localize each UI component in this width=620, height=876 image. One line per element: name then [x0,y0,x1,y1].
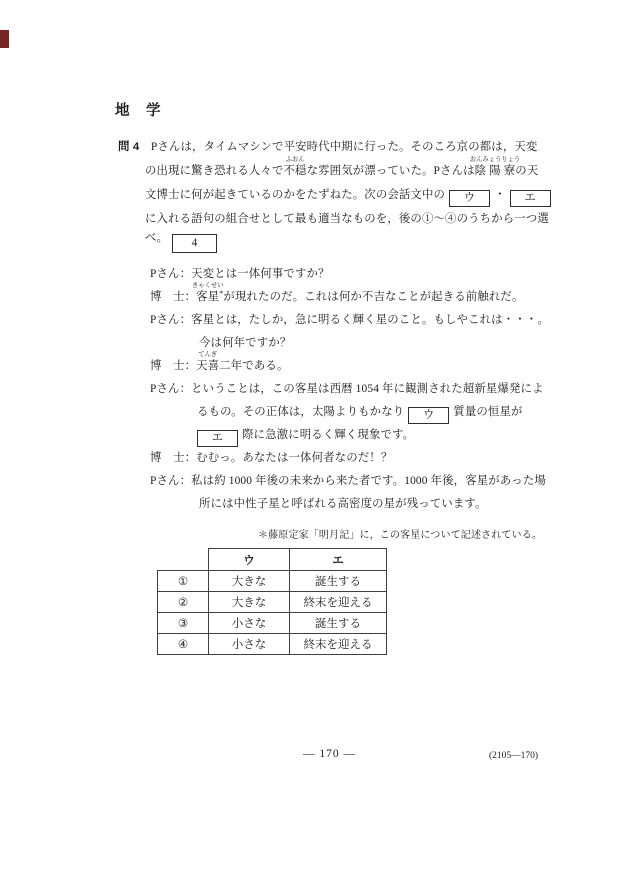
text-run: Pさんは，タイムマシンで平安時代中期に行った。そのころ京の都は，天変 [139,141,537,153]
text-run: 博 士：むむっ。あなたは一体何者なのだ！？ [150,452,392,464]
subject-title: 地 学 [115,99,162,120]
answer-box-ウ: ウ [408,407,449,424]
table-header-e: エ [290,549,387,571]
dialogue-line-7: るもの。その正体は，太陽よりもかなりウ質量の恒星が [197,404,523,424]
text-run: 際に急激に明るく輝く現象です。 [242,429,414,441]
text-run: Pさん：客星とは，たしか，急に明るく輝く星のこと。もしやこれは・・・。 [150,314,549,326]
table-header-row: ウ エ [158,549,387,571]
dialogue-line-11: 所には中性子星と呼ばれる高密度の星が残っています。 [199,496,487,512]
choice-number: ② [158,592,209,613]
choice-u-value: 大きな [209,592,290,613]
choice-u-value: 大きな [209,571,290,592]
question-stem-line-5: べ。4 [145,230,221,253]
text-run: 博 士： [150,360,196,372]
furigana: おんみょうりょう [470,157,520,164]
dialogue-line-9: 博 士：むむっ。あなたは一体何者なのだ！？ [150,450,392,466]
text-run: Pさん：ということは，この客星は西暦 1054 年に観測された超新星爆発によ [150,383,544,395]
furigana: てんぎ [198,352,217,359]
text-run: 今は何年ですか？ [199,337,291,349]
text-run: べ。 [145,232,168,244]
dialogue-line-3: Pさん：客星とは，たしか，急に明るく輝く星のこと。もしやこれは・・・。 [150,312,549,328]
table-row: ③ 小さな 誕生する [158,613,387,634]
footnote: ＊藤原定家「明月記」に，この客星について記述されている。 [258,528,542,544]
answer-choice-table: ウ エ ① 大きな 誕生する ② 大きな 終末を迎える ③ 小さな 誕生する ④… [157,548,387,655]
choice-u-value: 小さな [209,634,290,655]
text-run: ・ [494,189,506,201]
text-run: に入れる語句の組合せとして最も適当なものを，後の①～④のうちから一つ選 [145,213,549,225]
ruby-text: 不穏ふおん [284,163,307,179]
dialogue-line-5: 博 士：天喜てんぎ二年である。 [150,358,289,374]
ruby-text: 天喜てんぎ [196,358,219,374]
table-header-u: ウ [209,549,290,571]
table-row: ④ 小さな 終末を迎える [158,634,387,655]
dialogue-line-8: エ際に急激に明るく輝く現象です。 [193,427,414,447]
text-run: 博 士： [150,291,196,303]
answer-box-エ: エ [510,190,551,207]
table-row: ② 大きな 終末を迎える [158,592,387,613]
text-run: るもの。その正体は，太陽よりもかなり [197,406,404,418]
choice-number: ① [158,571,209,592]
ruby-text: 客星きゃくせい [196,289,219,305]
text-run: 所には中性子星と呼ばれる高密度の星が残っています。 [199,498,487,510]
choice-e-value: 誕生する [290,613,387,634]
scan-corner-mark [0,30,9,48]
answer-box-4: 4 [172,234,217,253]
choice-u-value: 小さな [209,613,290,634]
text-run: の出現に驚き恐れる人々で [145,165,284,177]
dialogue-line-10: Pさん：私は約 1000 年後の未来から来た者です。1000 年後，客星があった… [150,473,546,489]
furigana: きゃくせい [192,283,223,290]
choice-number: ③ [158,613,209,634]
choice-e-value: 終末を迎える [290,592,387,613]
text-run: の天 [515,165,538,177]
dialogue-line-4: 今は何年ですか？ [199,335,291,351]
text-run: が現れたのだ。これは何か不吉なことが起きる前触れだ。 [223,291,523,303]
dialogue-line-6: Pさん：ということは，この客星は西暦 1054 年に観測された超新星爆発によ [150,381,544,397]
page-number: — 170 — [303,748,356,760]
text-run: な雰囲気が漂っていた。Pさんは [307,165,475,177]
text-run: ＊藤原定家「明月記」に，この客星について記述されている。 [258,530,542,541]
text-run: Pさん：私は約 1000 年後の未来から来た者です。1000 年後，客星があった… [150,475,546,487]
choice-number: ④ [158,634,209,655]
choice-e-value: 終末を迎える [290,634,387,655]
question-stem-line-3: 文博士に何が起きているのかをたずねた。次の会話文中のウ・エ [145,187,555,207]
choice-e-value: 誕生する [290,571,387,592]
table-row: ① 大きな 誕生する [158,571,387,592]
print-code: (2105—170) [489,751,538,761]
question-stem-line-2: の出現に驚き恐れる人々で不穏ふおんな雰囲気が漂っていた。Pさんは陰 陽 寮おんみ… [145,163,538,179]
text-run: 文博士に何が起きているのかをたずねた。次の会話文中の [145,189,445,201]
question-stem-line-1: 問 4 Pさんは，タイムマシンで平安時代中期に行った。そのころ京の都は，天変 [118,139,537,155]
question-stem-line-4: に入れる語句の組合せとして最も適当なものを，後の①～④のうちから一つ選 [145,211,549,227]
table-corner-cell [158,549,209,571]
ruby-text: 陰 陽 寮おんみょうりょう [475,163,516,179]
text-run: 質量の恒星が [453,406,522,418]
dialogue-line-1: Pさん：天変とは一体何事ですか？ [150,266,330,282]
text-run: Pさん：天変とは一体何事ですか？ [150,268,330,280]
answer-box-エ: エ [197,430,238,447]
text-run: 二年である。 [219,360,288,372]
furigana: ふおん [286,157,305,164]
exam-page: 地 学 問 4 Pさんは，タイムマシンで平安時代中期に行った。そのころ京の都は，… [0,0,620,876]
question-number-label: 問 4 [118,141,139,153]
answer-box-ウ: ウ [449,190,490,207]
dialogue-line-2: 博 士：客星きゃくせい*が現れたのだ。これは何か不吉なことが起きる前触れだ。 [150,289,523,305]
